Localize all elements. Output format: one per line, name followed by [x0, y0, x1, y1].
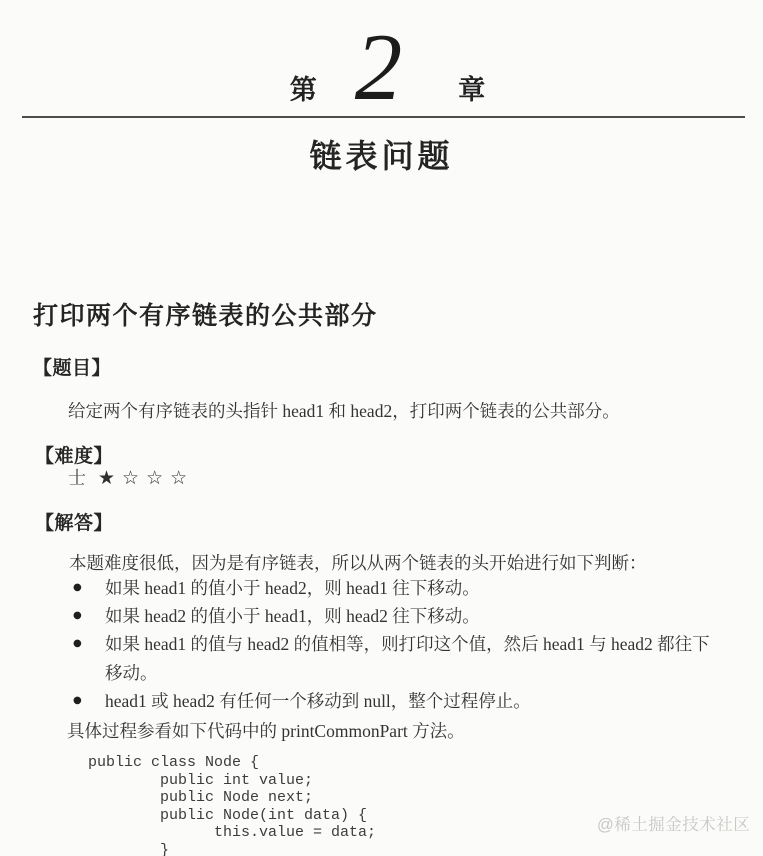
- bullet-icon: ●: [73, 602, 82, 630]
- bullet-text: 如果 head1 的值与 head2 的值相等，则打印这个值，然后 head1 …: [105, 634, 710, 682]
- bullet-item: ●如果 head2 的值小于 head1，则 head2 往下移动。: [73, 602, 725, 630]
- book-page: 第 2 章 链表问题 打印两个有序链表的公共部分 【题目】 给定两个有序链表的头…: [0, 0, 763, 856]
- solution-label: 【解答】: [35, 508, 113, 535]
- bullet-item: ●如果 head1 的值小于 head2，则 head1 往下移动。: [73, 574, 725, 602]
- problem-label: 【题目】: [33, 353, 111, 380]
- code-intro: 具体过程参看如下代码中的 printCommonPart 方法。: [67, 718, 465, 743]
- difficulty-rating: 士★☆☆☆: [68, 464, 194, 490]
- solution-intro: 本题难度很低，因为是有序链表，所以从两个链表的头开始进行如下判断：: [69, 550, 647, 575]
- bullet-icon: ●: [73, 574, 82, 602]
- code-line: this.value = data;: [88, 824, 376, 842]
- chapter-prefix: 第: [290, 68, 317, 107]
- code-line: public Node next;: [88, 789, 376, 807]
- chapter-title: 链表问题: [0, 131, 763, 177]
- problem-text: 给定两个有序链表的头指针 head1 和 head2，打印两个链表的公共部分。: [68, 398, 620, 423]
- solution-bullets: ●如果 head1 的值小于 head2，则 head1 往下移动。 ●如果 h…: [73, 574, 725, 715]
- bullet-icon: ●: [73, 687, 82, 715]
- bullet-text: head1 或 head2 有任何一个移动到 null，整个过程停止。: [105, 691, 531, 711]
- bullet-text: 如果 head1 的值小于 head2，则 head1 往下移动。: [105, 578, 480, 598]
- chapter-header: 第 2 章: [6, 0, 763, 112]
- code-line: public class Node {: [88, 754, 376, 772]
- difficulty-rank: 士: [68, 468, 86, 488]
- difficulty-stars-icon: ★☆☆☆: [98, 467, 194, 489]
- code-line: public Node(int data) {: [88, 807, 376, 825]
- code-block: public class Node { public int value; pu…: [88, 754, 376, 856]
- section-heading: 打印两个有序链表的公共部分: [33, 296, 378, 332]
- chapter-number: 2: [355, 20, 403, 115]
- bullet-item: ●head1 或 head2 有任何一个移动到 null，整个过程停止。: [73, 687, 725, 715]
- bullet-item: ●如果 head1 的值与 head2 的值相等，则打印这个值，然后 head1…: [73, 630, 725, 686]
- code-line: public int value;: [88, 772, 376, 790]
- header-rule: [22, 116, 745, 118]
- chapter-suffix: 章: [458, 68, 485, 107]
- code-line: }: [88, 842, 376, 856]
- watermark: @稀土掘金技术社区: [597, 811, 750, 835]
- bullet-text: 如果 head2 的值小于 head1，则 head2 往下移动。: [105, 606, 480, 626]
- bullet-icon: ●: [73, 630, 82, 658]
